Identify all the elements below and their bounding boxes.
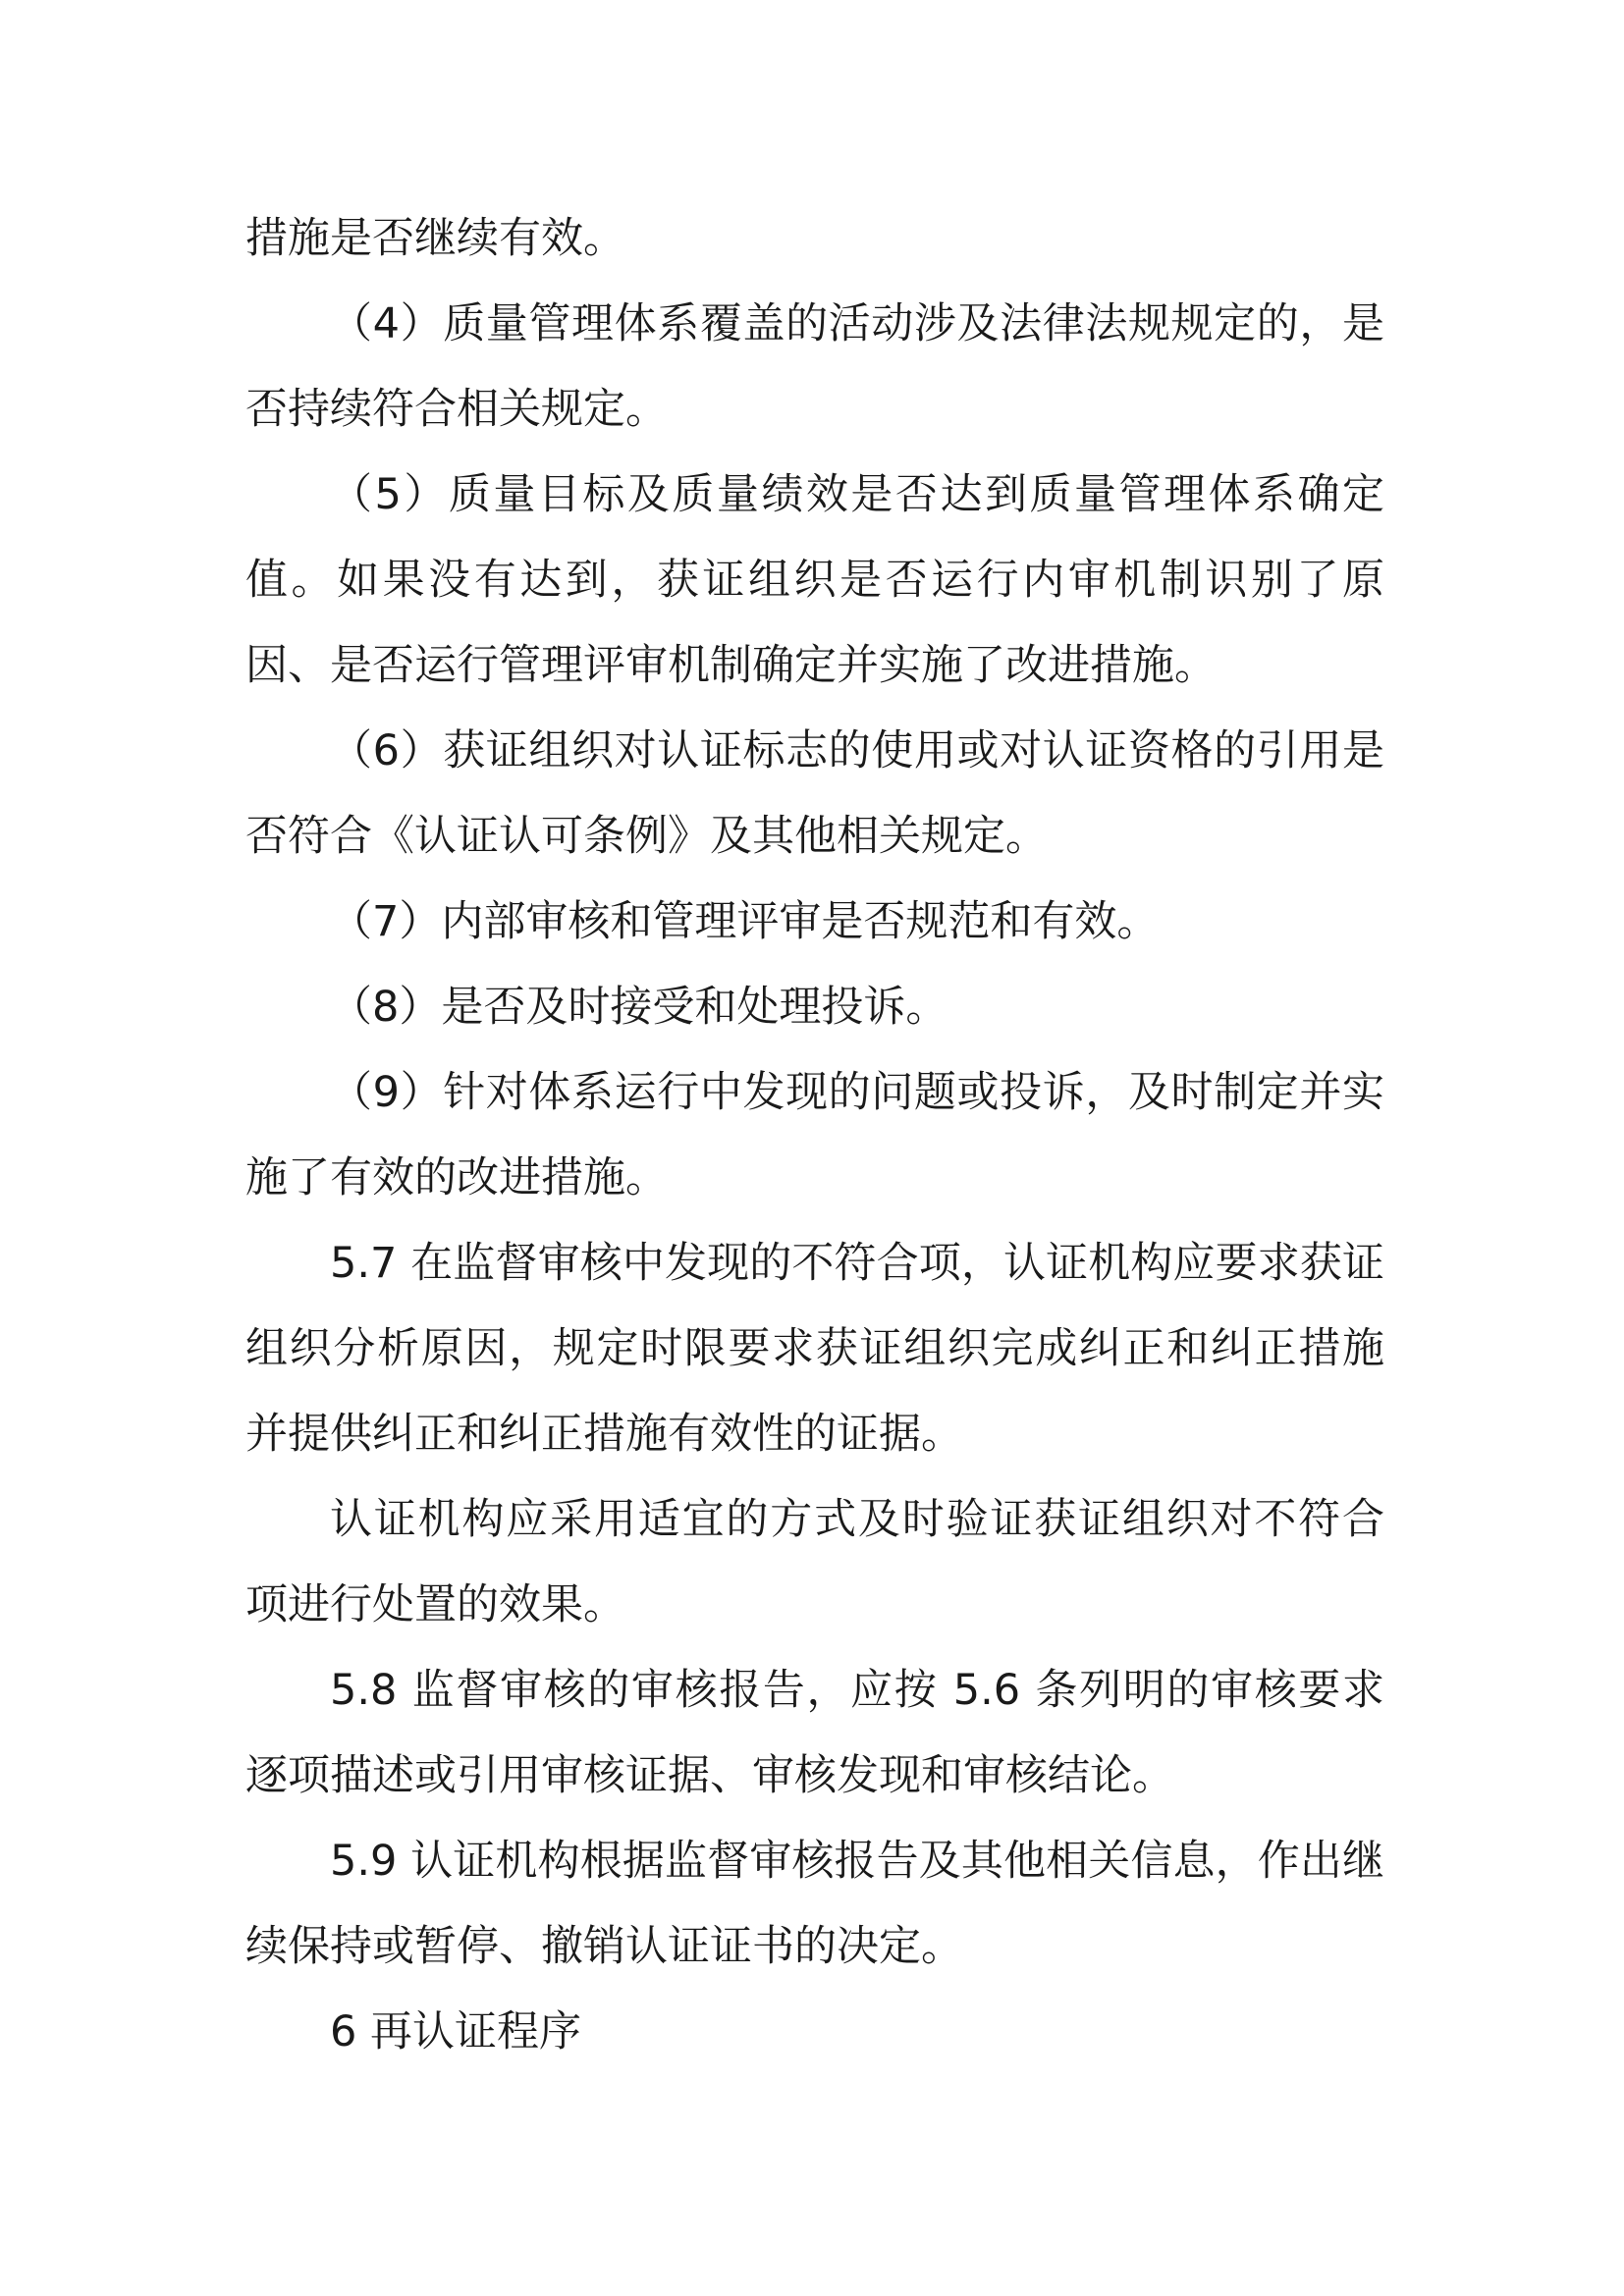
paragraph-clause-5-7: 5.7 在监督审核中发现的不符合项，认证机构应要求获证组织分析原因，规定时限要求… (245, 1221, 1384, 1477)
paragraph-clause-5-7-verification: 认证机构应采用适宜的方式及时验证获证组织对不符合项进行处置的效果。 (245, 1477, 1384, 1648)
paragraph-item-4: （4）质量管理体系覆盖的活动涉及法律法规规定的，是否持续符合相关规定。 (245, 282, 1384, 453)
paragraph-clause-5-9: 5.9 认证机构根据监督审核报告及其他相关信息，作出继续保持或暂停、撤销认证证书… (245, 1819, 1384, 1990)
paragraph-item-9: （9）针对体系运行中发现的问题或投诉，及时制定并实施了有效的改进措施。 (245, 1050, 1384, 1221)
section-heading-recertification: 6 再认证程序 (245, 1990, 1384, 2075)
paragraph-clause-5-8: 5.8 监督审核的审核报告，应按 5.6 条列明的审核要求逐项描述或引用审核证据… (245, 1648, 1384, 1819)
paragraph-continuation: 措施是否继续有效。 (245, 196, 1384, 282)
paragraph-item-6: （6）获证组织对认证标志的使用或对认证资格的引用是否符合《认证认可条例》及其他相… (245, 709, 1384, 880)
paragraph-item-5: （5）质量目标及质量绩效是否达到质量管理体系确定值。如果没有达到，获证组织是否运… (245, 453, 1384, 709)
paragraph-item-7: （7）内部审核和管理评审是否规范和有效。 (245, 880, 1384, 965)
document-page: 措施是否继续有效。 （4）质量管理体系覆盖的活动涉及法律法规规定的，是否持续符合… (245, 196, 1384, 2075)
paragraph-item-8: （8）是否及时接受和处理投诉。 (245, 965, 1384, 1050)
